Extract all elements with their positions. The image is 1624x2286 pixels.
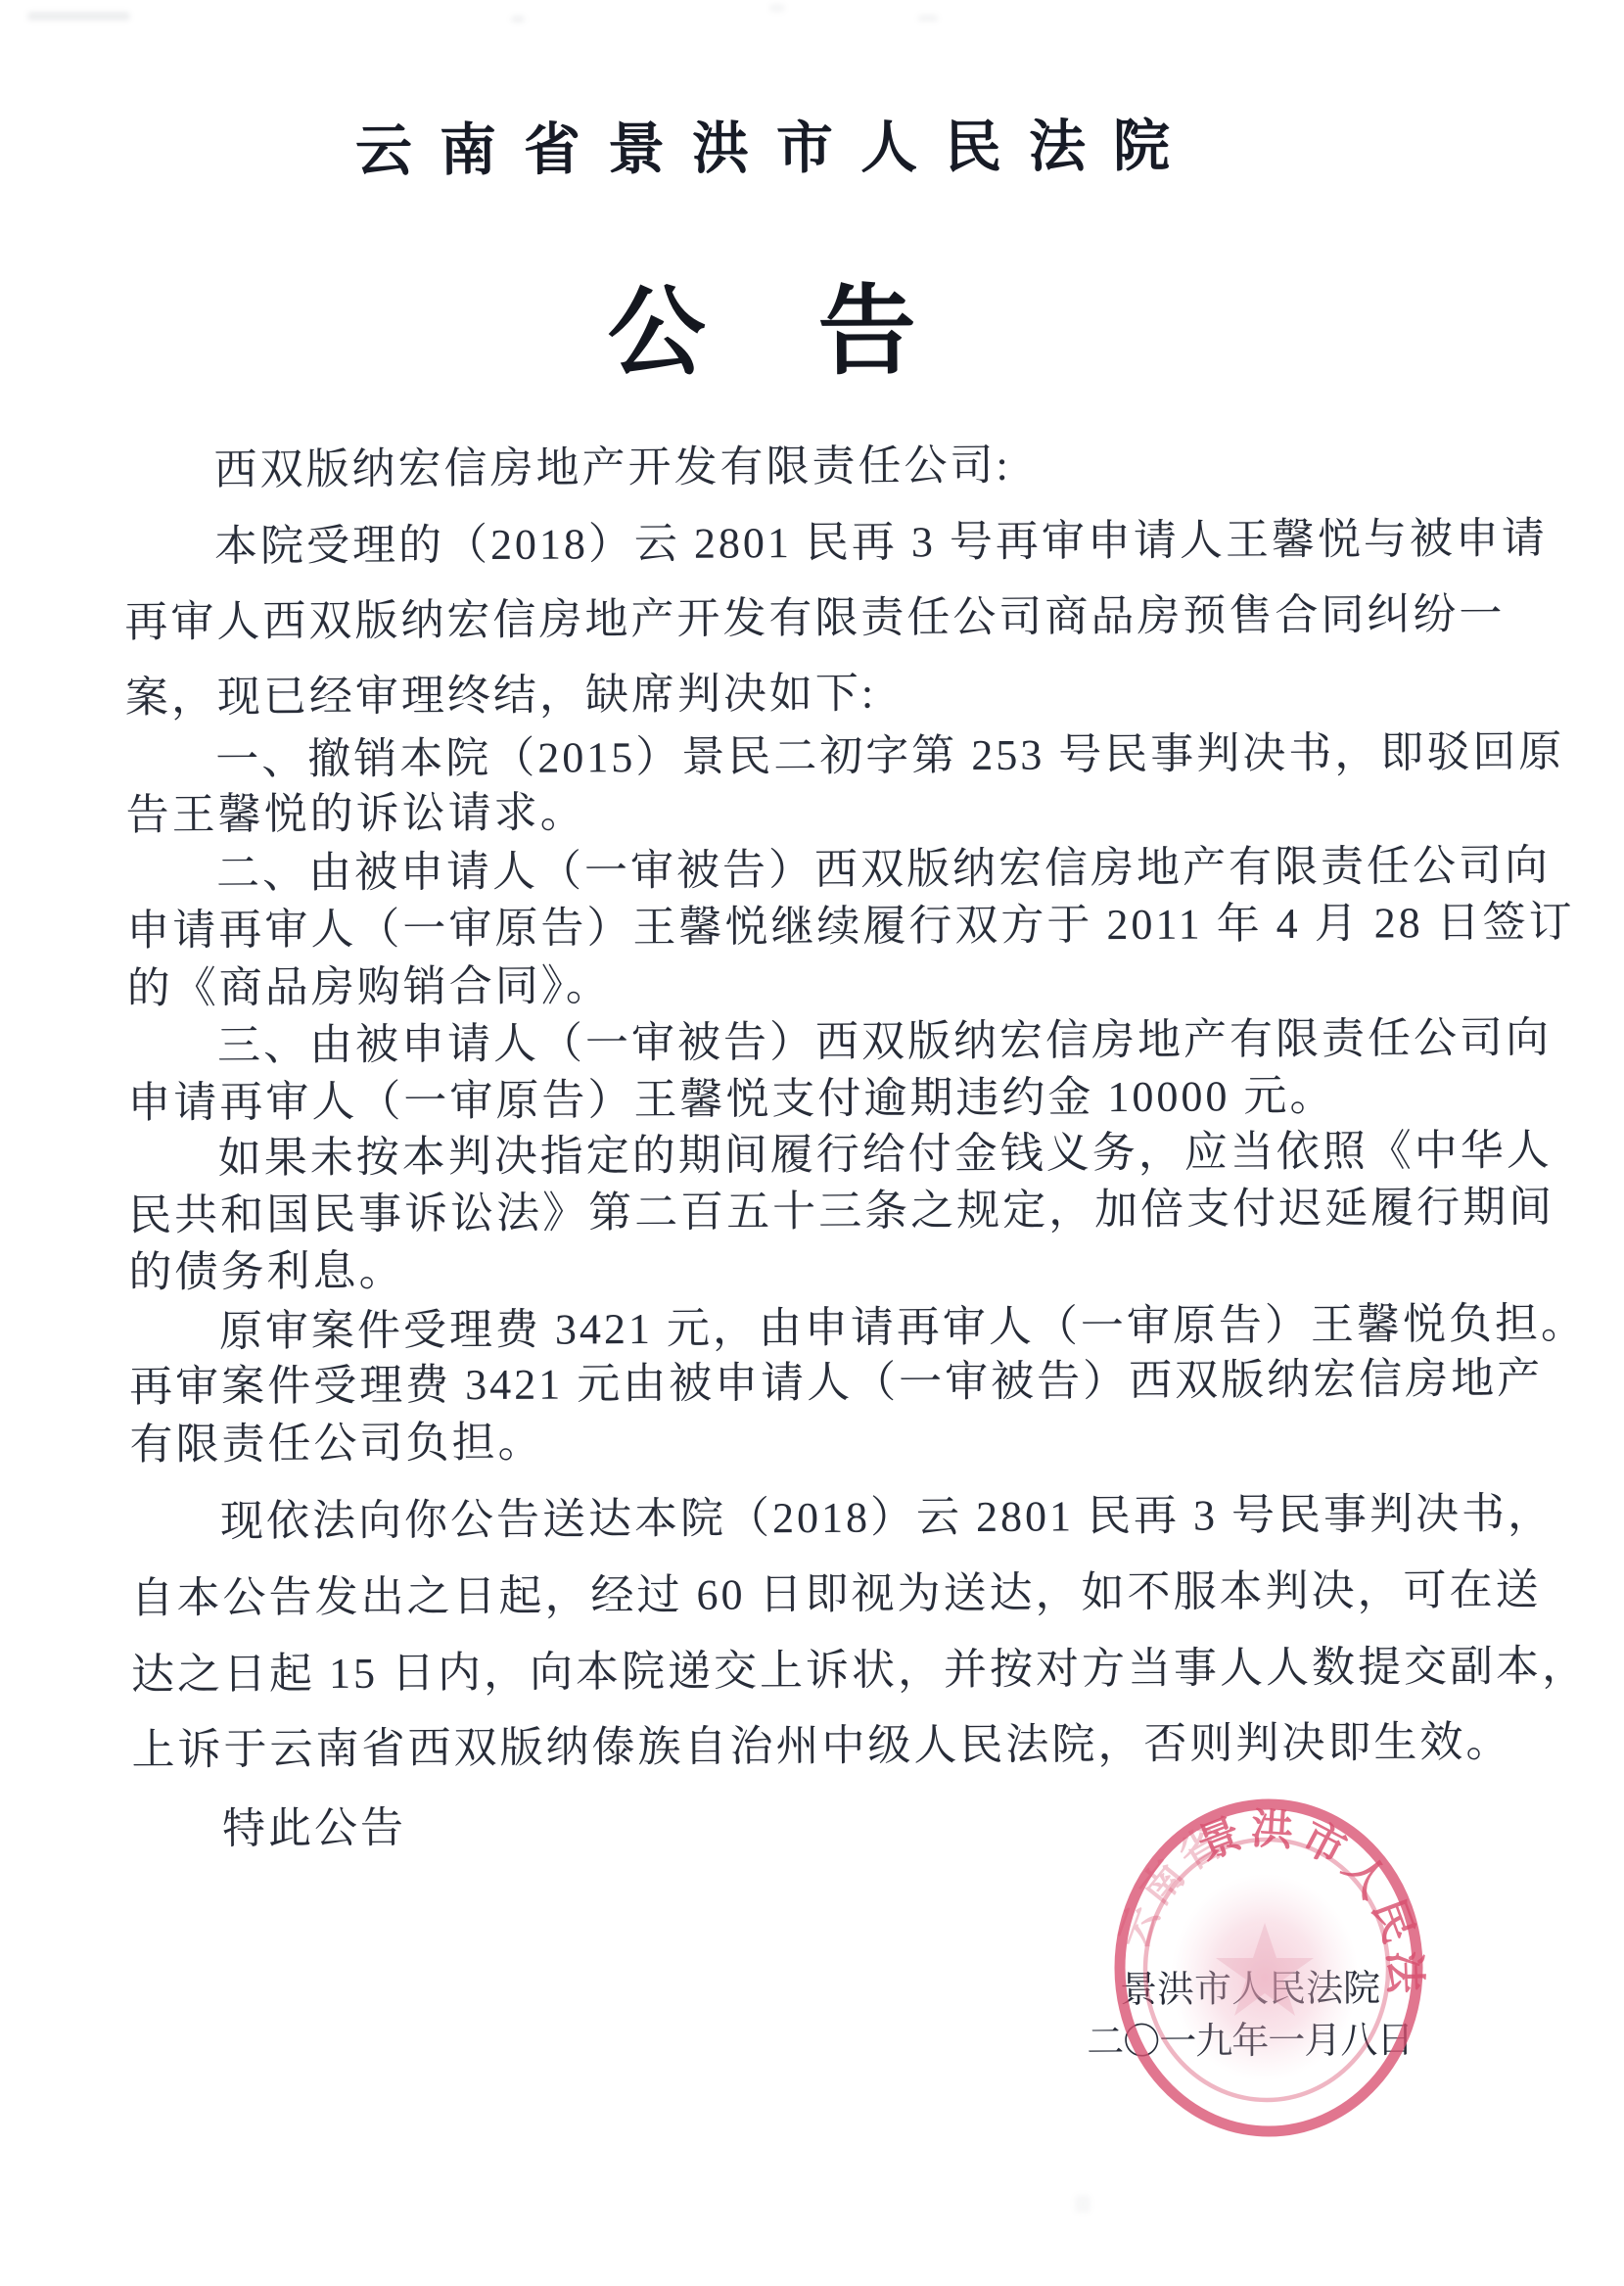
body-line: 原审案件受理费 3421 元，由申请再审人（一审原告）王馨悦负担。 [219,1299,1587,1357]
body-line: 达之日起 15 日内，向本院递交上诉状，并按对方当事人人数提交副本， [131,1642,1588,1700]
body-line: 再审案件受理费 3421 元由被申请人（一审被告）西双版纳宏信房地产 [129,1354,1543,1412]
official-seal-stamp: 云南省 景洪市人民法院 [1044,1731,1494,2201]
body-line: 如果未按本判决指定的期间履行给付金钱义务，应当依照《中华人 [218,1126,1553,1183]
body-line: 二、由被申请人（一审被告）西双版纳宏信房地产有限责任公司向 [216,841,1551,898]
body-line: 申请再审人（一审原告）王馨悦继续履行双方于 2011 年 4 月 28 日签订 [126,898,1575,956]
body-line: 一、撤销本院（2015）景民二初字第 253 号民事判决书，即驳回原 [215,727,1564,784]
body-line: 民共和国民事诉讼法》第二百五十三条之规定，加倍支付迟延履行期间 [128,1183,1554,1240]
body-line: 现依法向你公告送达本院（2018）云 2801 民再 3 号民事判决书， [220,1489,1554,1546]
body-line: 自本公告发出之日起，经过 60 日即视为送达，如不服本判决，可在送 [130,1565,1541,1623]
body-line: 申请再审人（一审原告）王馨悦支付逾期违约金 10000 元。 [127,1072,1335,1129]
document-body: 西双版纳宏信房地产开发有限责任公司: 本院受理的（2018）云 2801 民再 … [0,0,1618,5]
body-line: 告王馨悦的诉讼请求。 [126,788,586,840]
body-line: 三、由被申请人（一审被告）西双版纳宏信房地产有限责任公司向 [217,1013,1552,1070]
court-name-header: 云南省景洪市人民法院 [0,98,1531,190]
body-line: 案，现已经审理终结，缺席判决如下: [125,670,877,723]
body-line: 西双版纳宏信房地产开发有限责任公司: [213,442,1011,495]
body-line: 特此公告 [222,1804,406,1854]
body-line: 有限责任公司负担。 [129,1419,543,1470]
court-announcement-page: 云南省景洪市人民法院 公告 西双版纳宏信房地产开发有限责任公司: 本院受理的（2… [0,0,1624,2286]
body-line: 的债务利息。 [128,1247,404,1298]
document-title: 公告 [0,249,1528,399]
body-line: 的《商品房购销合同》。 [127,961,612,1013]
body-line: 再审人西双版纳宏信房地产开发有限责任公司商品房预售合同纠纷一 [124,590,1505,648]
body-line: 本院受理的（2018）云 2801 民再 3 号再审申请人王馨悦与被申请 [214,514,1548,571]
